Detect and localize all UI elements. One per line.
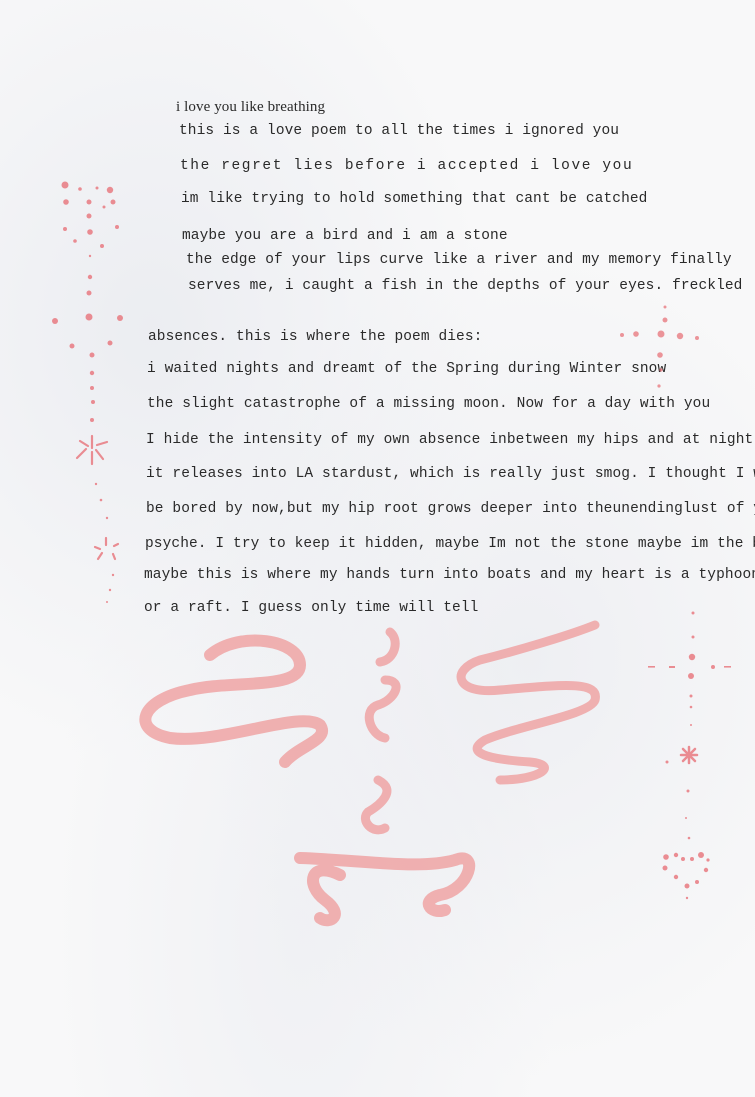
left-star-icon	[77, 436, 118, 559]
right-dot-cross-icon	[620, 306, 699, 388]
pencil-decorations	[0, 0, 755, 1097]
right-star-icon	[681, 747, 697, 763]
left-dot-column-icon	[52, 182, 123, 604]
swirls-icon	[145, 625, 595, 920]
